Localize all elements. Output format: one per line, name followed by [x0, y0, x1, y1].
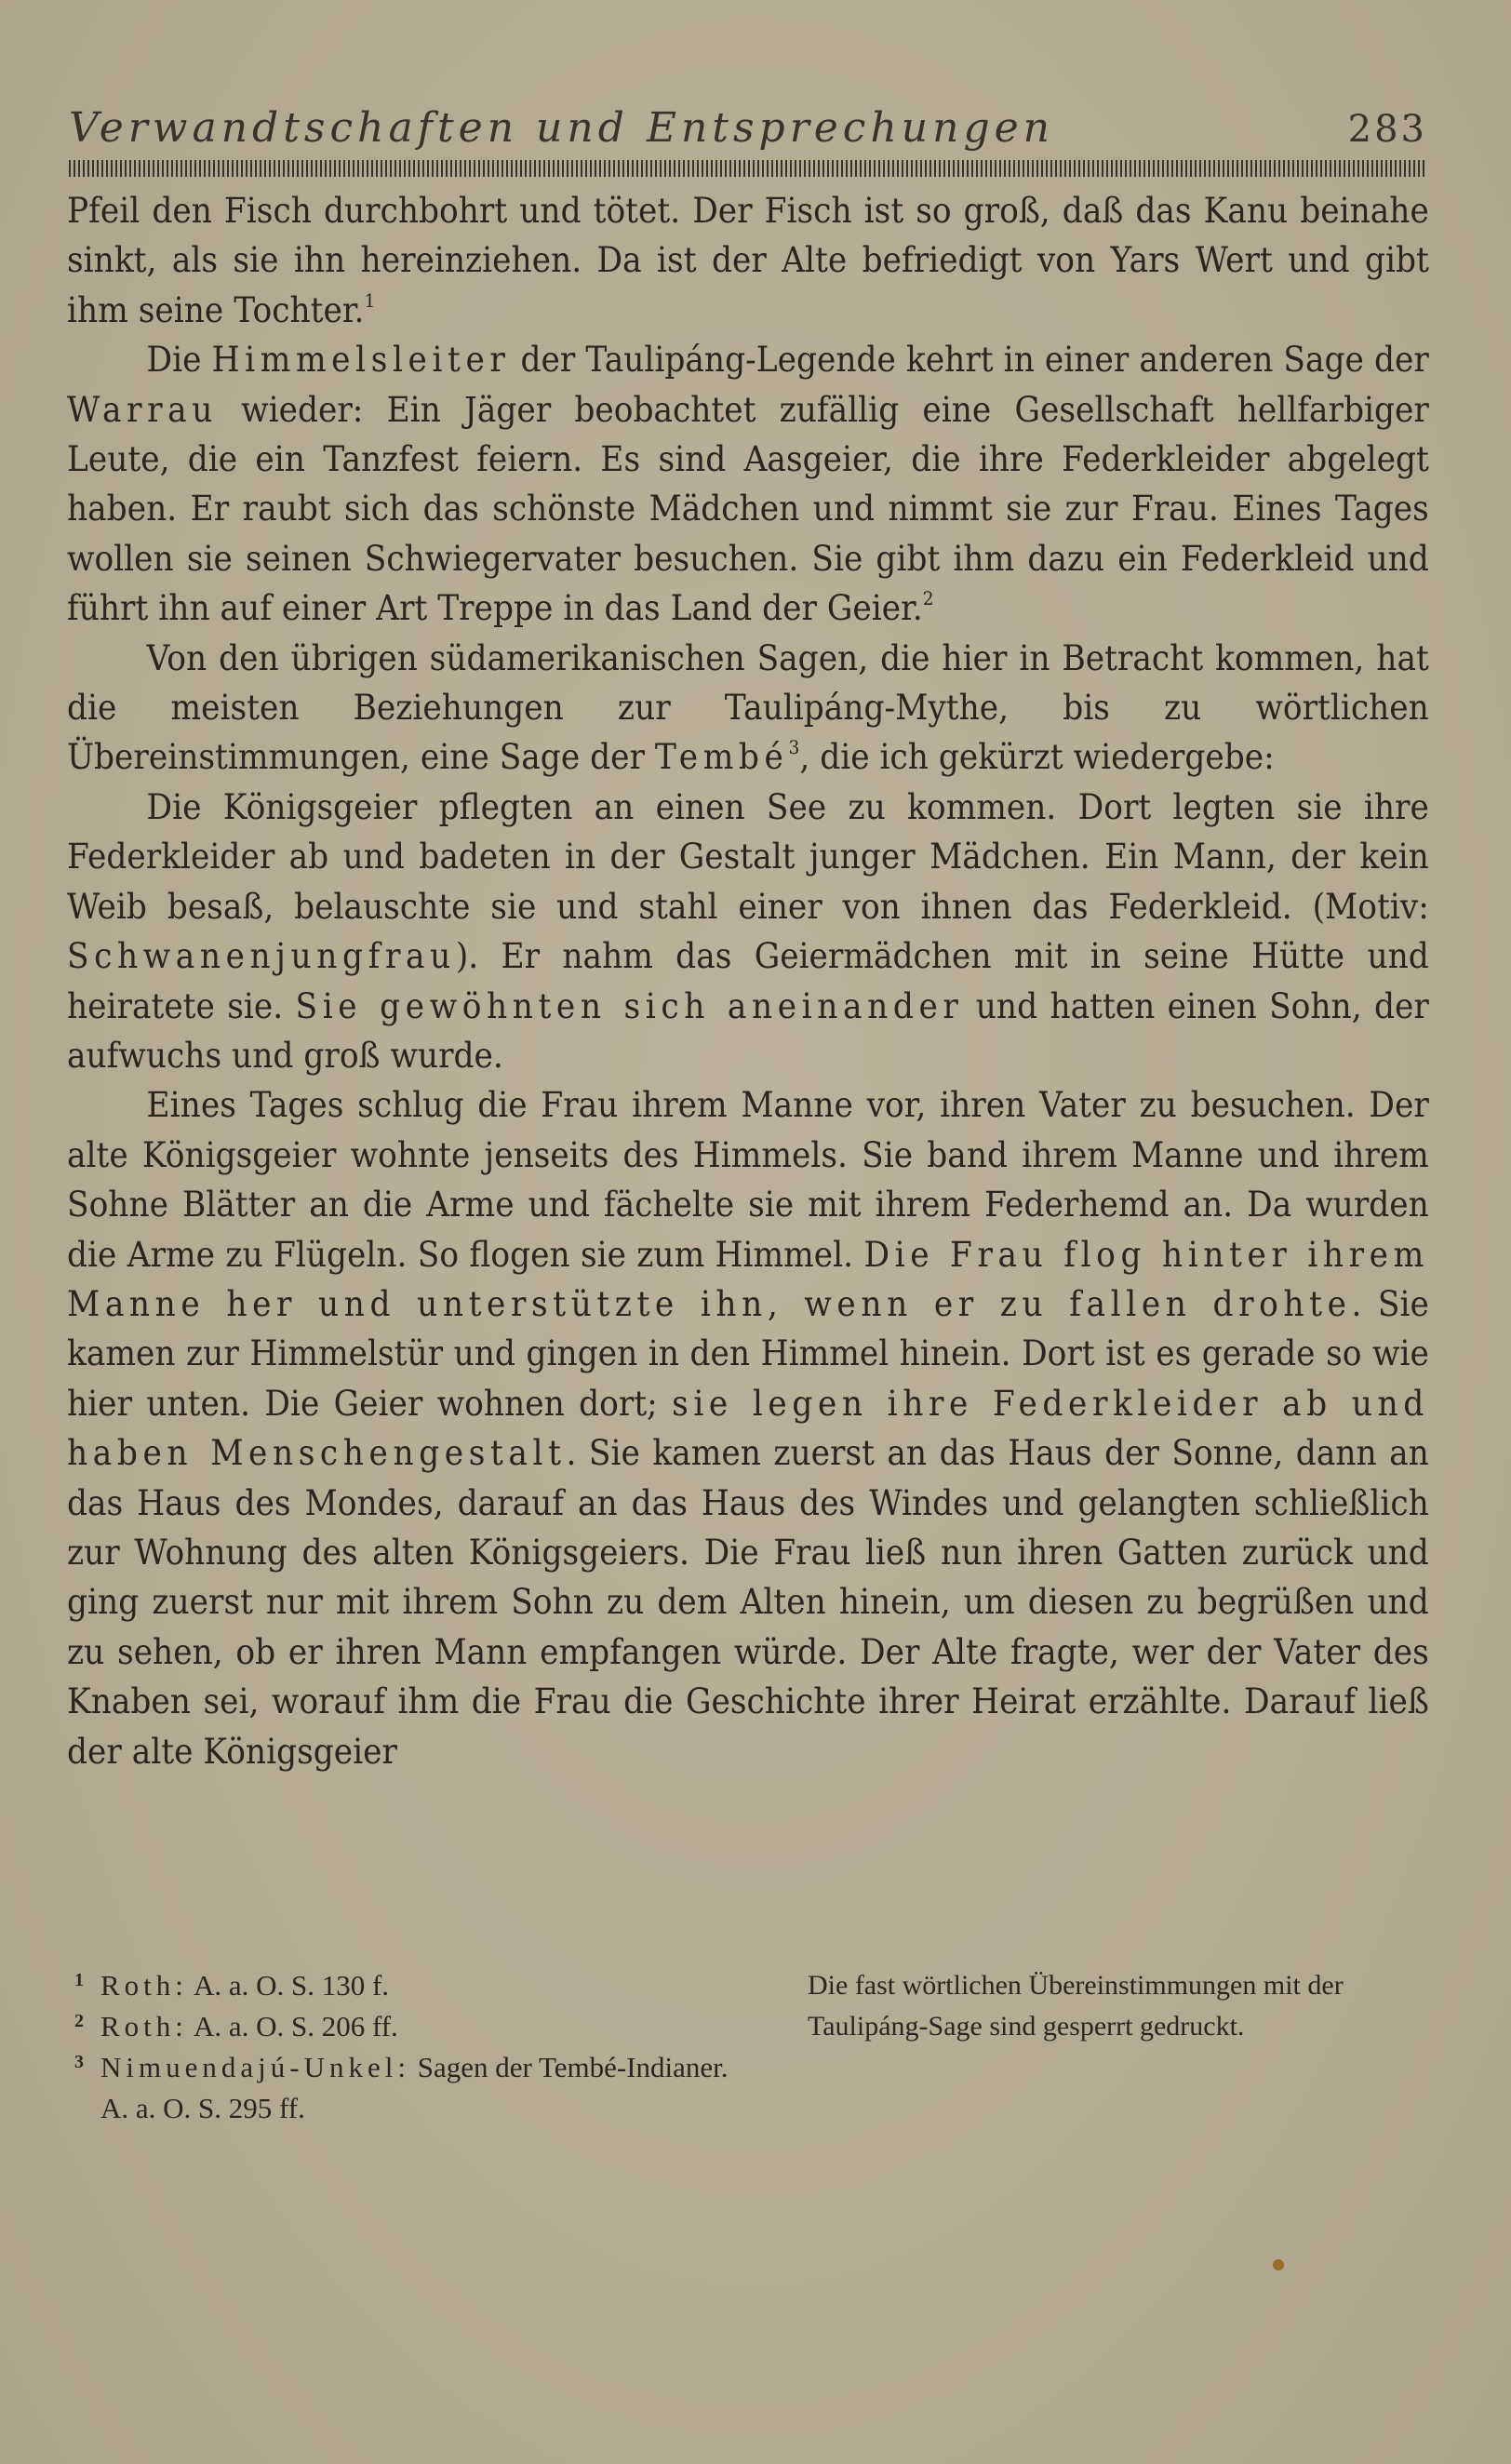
running-head: Verwandtschaften und Entsprechungen 283 [69, 104, 1427, 160]
footnote-3: 3Nimuendajú-Unkel: Sagen der Tembé-India… [74, 2047, 744, 2129]
spaced-emphasis: Schwanenjungfrau [67, 936, 456, 976]
body-text: Pfeil den Fisch durchbohrt und tötet. De… [67, 186, 1429, 1776]
footnote-author: Roth: [100, 2010, 188, 2042]
paragraph-4: Die Königsgeier pflegten an einen See zu… [67, 783, 1429, 1080]
spaced-emphasis: Sie gewöhnten sich aneinander [296, 986, 964, 1026]
footnote-author: Roth: [100, 1969, 188, 2002]
paragraph-2: Die Himmelsleiter der Taulipáng-Legende … [67, 335, 1429, 633]
paragraph-3: Von den übrigen südamerikanischen Sagen,… [67, 634, 1429, 783]
footnote-mark: 1 [74, 1960, 84, 2001]
footnote-ref-1[interactable]: 1 [364, 289, 375, 312]
paragraph-1: Pfeil den Fisch durchbohrt und tötet. De… [67, 186, 1429, 335]
footnote-mark: 2 [74, 2001, 84, 2042]
running-title: Verwandtschaften und Entsprechungen [69, 104, 1054, 152]
header-rule [69, 160, 1427, 177]
footnote-2: 2Roth: A. a. O. S. 206 ff. [74, 2006, 744, 2047]
spaced-emphasis: Tembé [655, 737, 789, 777]
paragraph-5: Eines Tages schlug die Frau ihrem Manne … [67, 1080, 1429, 1776]
footnote-text: A. a. O. S. 206 ff. [188, 2010, 398, 2042]
spaced-emphasis: Himmelsleiter [212, 340, 511, 380]
book-page: Verwandtschaften und Entsprechungen 283 … [0, 0, 1511, 2464]
paper-speck [1273, 2259, 1284, 2270]
footnote-author: Nimuendajú-Unkel: [100, 2051, 410, 2083]
footnote-text: A. a. O. S. 130 f. [188, 1969, 389, 2002]
footnotes: 1Roth: A. a. O. S. 130 f. 2Roth: A. a. O… [74, 1965, 744, 2129]
footnote-mark: 3 [74, 2042, 84, 2082]
footnote-ref-3[interactable]: 3 [788, 736, 799, 758]
footnote-1: 1Roth: A. a. O. S. 130 f. [74, 1965, 744, 2006]
side-note: Die fast wörtlichen Übereinstimmungen mi… [808, 1965, 1440, 2047]
page-number: 283 [1348, 108, 1427, 151]
footnote-ref-2[interactable]: 2 [923, 587, 934, 609]
spaced-emphasis: Warrau [67, 390, 218, 430]
